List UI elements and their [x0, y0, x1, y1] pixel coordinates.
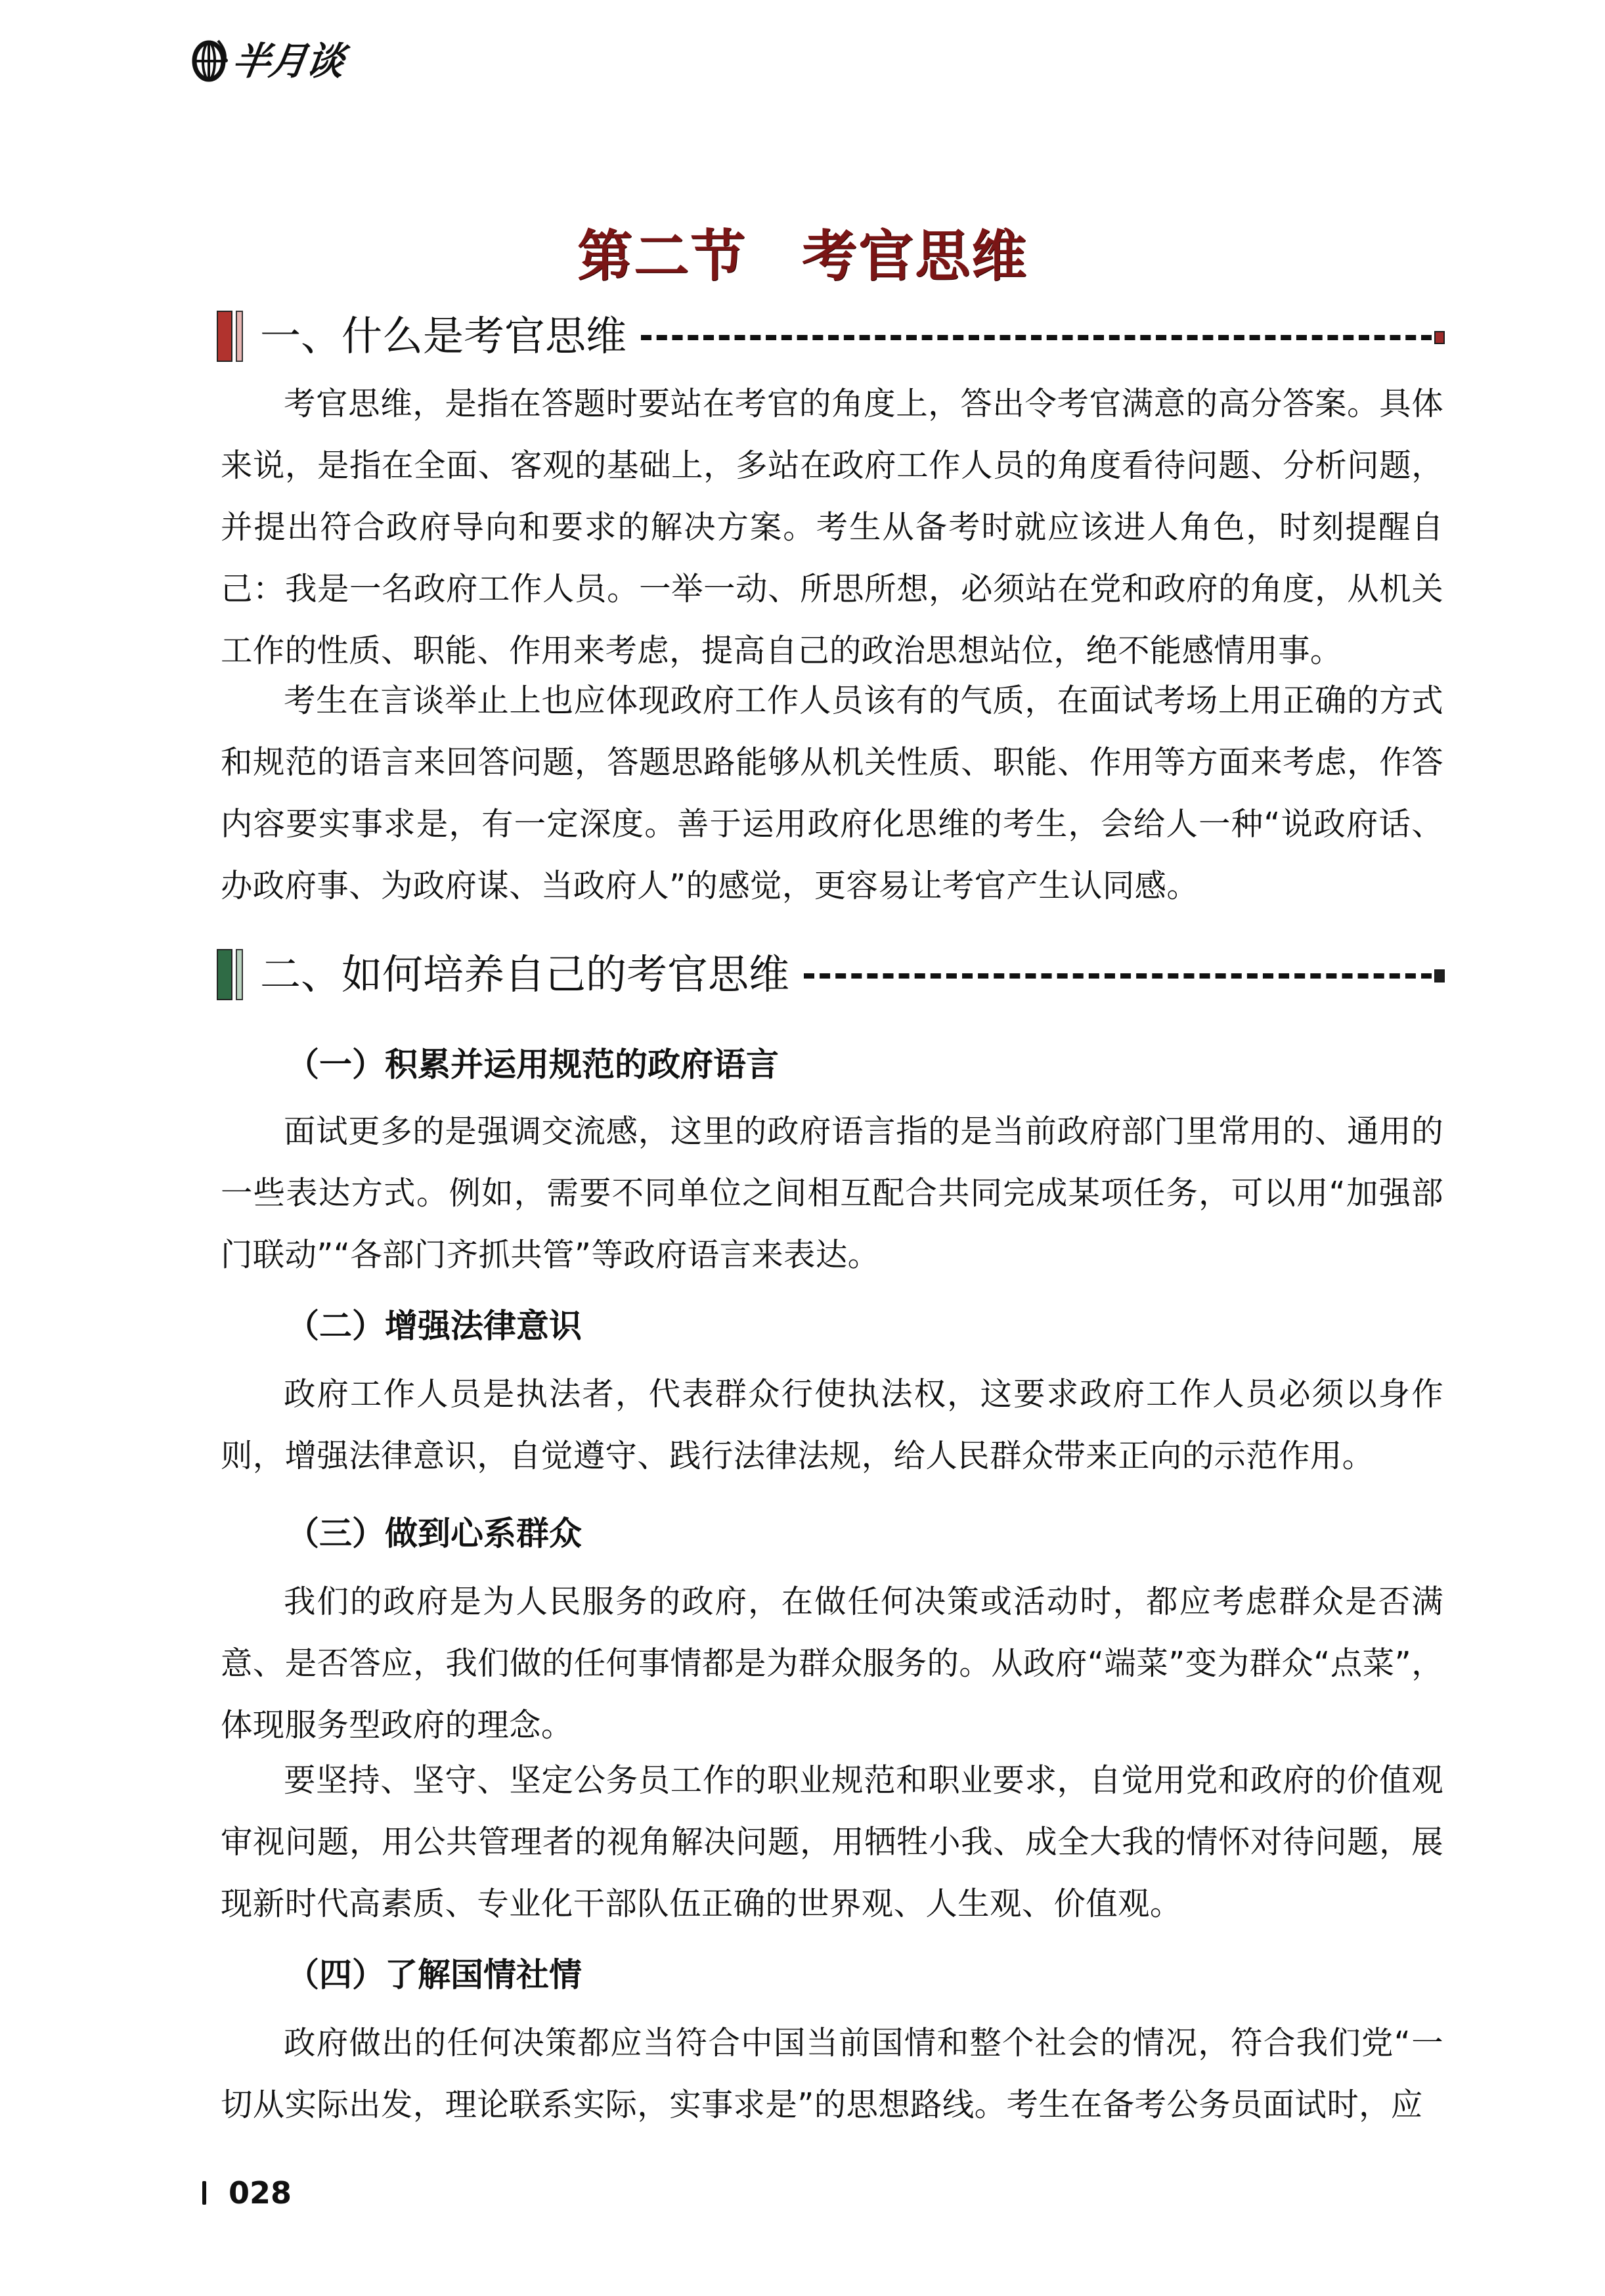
paragraph: 面试更多的是强调交流感，这里的政府语言指的是当前政府部门里常用的、通用的一些表达… [221, 1101, 1443, 1286]
chapter-title-text: 考官思维 [802, 223, 1028, 288]
dashed-divider [804, 973, 1432, 979]
chapter-title: 第二节考官思维 [0, 229, 1605, 284]
section-marker-thin-icon [236, 949, 243, 1000]
section-title: 二、如何培养自己的考官思维 [260, 954, 789, 995]
subsection-title: （三）做到心系群众 [286, 1517, 582, 1550]
paragraph: 要坚持、坚守、坚定公务员工作的职业规范和职业要求，自觉用党和政府的价值观审视问题… [221, 1750, 1443, 1935]
divider-end-square-icon [1434, 969, 1445, 982]
paragraph: 政府工作人员是执法者，代表群众行使执法权，这要求政府工作人员必须以身作则，增强法… [221, 1363, 1443, 1487]
page-marker-bar [202, 2181, 206, 2205]
subsection-title: （一）积累并运用规范的政府语言 [286, 1048, 779, 1081]
section-heading-2: 二、如何培养自己的考官思维 [217, 947, 1445, 1002]
paragraph: 我们的政府是为人民服务的政府，在做任何决策或活动时，都应考虑群众是否满意、是否答… [221, 1571, 1443, 1756]
paragraph: 政府做出的任何决策都应当符合中国当前国情和整个社会的情况，符合我们党“一切从实际… [221, 2012, 1443, 2136]
divider-end-square-icon [1434, 331, 1445, 344]
section-heading-1: 一、什么是考官思维 [217, 309, 1445, 364]
paragraph: 考官思维，是指在答题时要站在考官的角度上，答出令考官满意的高分答案。具体来说，是… [221, 373, 1443, 682]
logo-text: 半月谈 [230, 42, 345, 80]
subsection-title: （二）增强法律意识 [286, 1310, 582, 1342]
page-number: 028 [202, 2175, 292, 2211]
page-number-text: 028 [229, 2175, 292, 2211]
dashed-divider [641, 335, 1432, 340]
section-marker-icon [217, 311, 232, 362]
section-marker-thin-icon [236, 311, 243, 362]
subsection-title: （四）了解国情社情 [286, 1958, 582, 1991]
globe-icon [192, 38, 229, 84]
paragraph: 考生在言谈举止上也应体现政府工作人员该有的气质，在面试考场上用正确的方式和规范的… [221, 670, 1443, 917]
chapter-section-label: 第二节 [577, 223, 747, 288]
section-title: 一、什么是考官思维 [260, 316, 627, 357]
publisher-logo: 半月谈 [192, 38, 343, 84]
section-marker-icon [217, 949, 232, 1000]
